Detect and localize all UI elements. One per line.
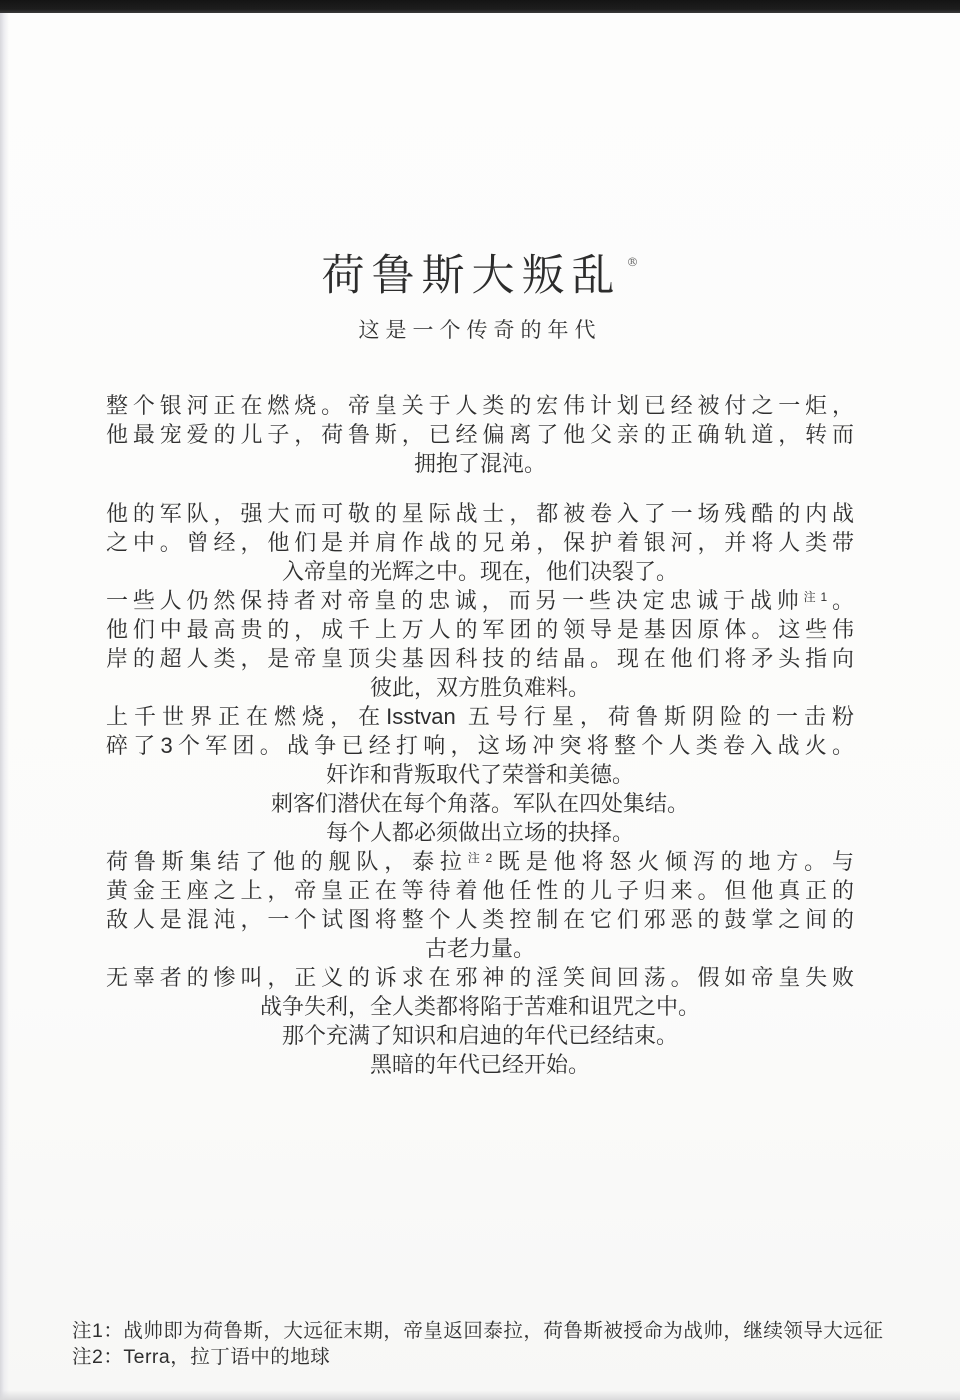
body-text: 整个银河正在燃烧。帝皇关于人类的宏伟计划已经被付之一炬， 他最宠爱的儿子，荷鲁斯… [106, 391, 854, 1079]
page-title: 荷鲁斯大叛乱® [0, 252, 960, 301]
registered-trademark-mark: ® [627, 255, 639, 269]
text-line: 他的军队，强大而可敬的星际战士，都被卷入了一场残酷的内战 [106, 499, 854, 528]
text-segment: 。 [827, 588, 854, 613]
text-line: 每个人都必须做出立场的抉择。 [106, 818, 854, 847]
footnote-reference-1: 注1 [804, 590, 828, 604]
text-line: 刺客们潜伏在每个角落。军队在四处集结。 [106, 789, 854, 818]
text-line: 之中。曾经，他们是并肩作战的兄弟，保护着银河，并将人类带 [106, 528, 854, 557]
page-title-text: 荷鲁斯大叛乱 [322, 251, 622, 301]
text-line: 碎了3个军团。战争已经打响，这场冲突将整个人类卷入战火。 [106, 731, 854, 760]
footnote-line: 注2：Terra，拉丁语中的地球 [72, 1344, 912, 1370]
text-line: 他们中最高贵的，成千上万人的军团的领导是基因原体。这些伟 [106, 615, 854, 644]
text-line: 岸的超人类，是帝皇顶尖基因科技的结晶。现在他们将矛头指向 [106, 644, 854, 673]
scanned-book-page: 荷鲁斯大叛乱® 这是一个传奇的年代 整个银河正在燃烧。帝皇关于人类的宏伟计划已经… [0, 0, 960, 1400]
text-line: 荷鲁斯集结了他的舰队，泰拉注2既是他将怒火倾泻的地方。与 [106, 847, 854, 876]
text-line: 整个银河正在燃烧。帝皇关于人类的宏伟计划已经被付之一炬， [106, 391, 854, 420]
text-line: 黑暗的年代已经开始。 [106, 1050, 854, 1079]
footnote-line: 注1：战帅即为荷鲁斯，大远征末期，帝皇返回泰拉，荷鲁斯被授命为战帅，继续领导大远… [72, 1318, 912, 1344]
text-line: 上千世界正在燃烧，在Isstvan 五号行星，荷鲁斯阴险的一击粉 [106, 702, 854, 731]
text-line: 奸诈和背叛取代了荣誉和美德。 [106, 760, 854, 789]
text-segment: 既是他将怒火倾泻的地方。与 [492, 849, 854, 874]
scan-edge-left [0, 13, 9, 1400]
text-line: 拥抱了混沌。 [106, 449, 854, 478]
text-line: 战争失利，全人类都将陷于苦难和诅咒之中。 [106, 992, 854, 1021]
text-segment: 一些人仍然保持者对帝皇的忠诚，而另一些决定忠诚于战帅 [106, 588, 804, 613]
footnotes: 注1：战帅即为荷鲁斯，大远征末期，帝皇返回泰拉，荷鲁斯被授命为战帅，继续领导大远… [72, 1318, 912, 1370]
scan-edge-bottom [0, 1390, 960, 1400]
text-line: 黄金王座之上，帝皇正在等待着他任性的儿子归来。但他真正的 [106, 876, 854, 905]
text-line: 敌人是混沌，一个试图将整个人类控制在它们邪恶的鼓掌之间的 [106, 905, 854, 934]
text-segment: 荷鲁斯集结了他的舰队，泰拉 [106, 849, 468, 874]
page-subtitle: 这是一个传奇的年代 [0, 314, 960, 344]
text-line: 古老力量。 [106, 934, 854, 963]
text-line: 他最宠爱的儿子，荷鲁斯，已经偏离了他父亲的正确轨道，转而 [106, 420, 854, 449]
scan-edge-top [0, 0, 960, 13]
text-line: 入帝皇的光辉之中。现在，他们决裂了。 [106, 557, 854, 586]
title-block: 荷鲁斯大叛乱® 这是一个传奇的年代 [0, 0, 960, 344]
text-line: 那个充满了知识和启迪的年代已经结束。 [106, 1021, 854, 1050]
footnote-reference-2: 注2 [468, 851, 493, 865]
text-line: 彼此，双方胜负难料。 [106, 673, 854, 702]
text-line: 一些人仍然保持者对帝皇的忠诚，而另一些决定忠诚于战帅注1。 [106, 586, 854, 615]
text-line: 无辜者的惨叫，正义的诉求在邪神的淫笑间回荡。假如帝皇失败 [106, 963, 854, 992]
